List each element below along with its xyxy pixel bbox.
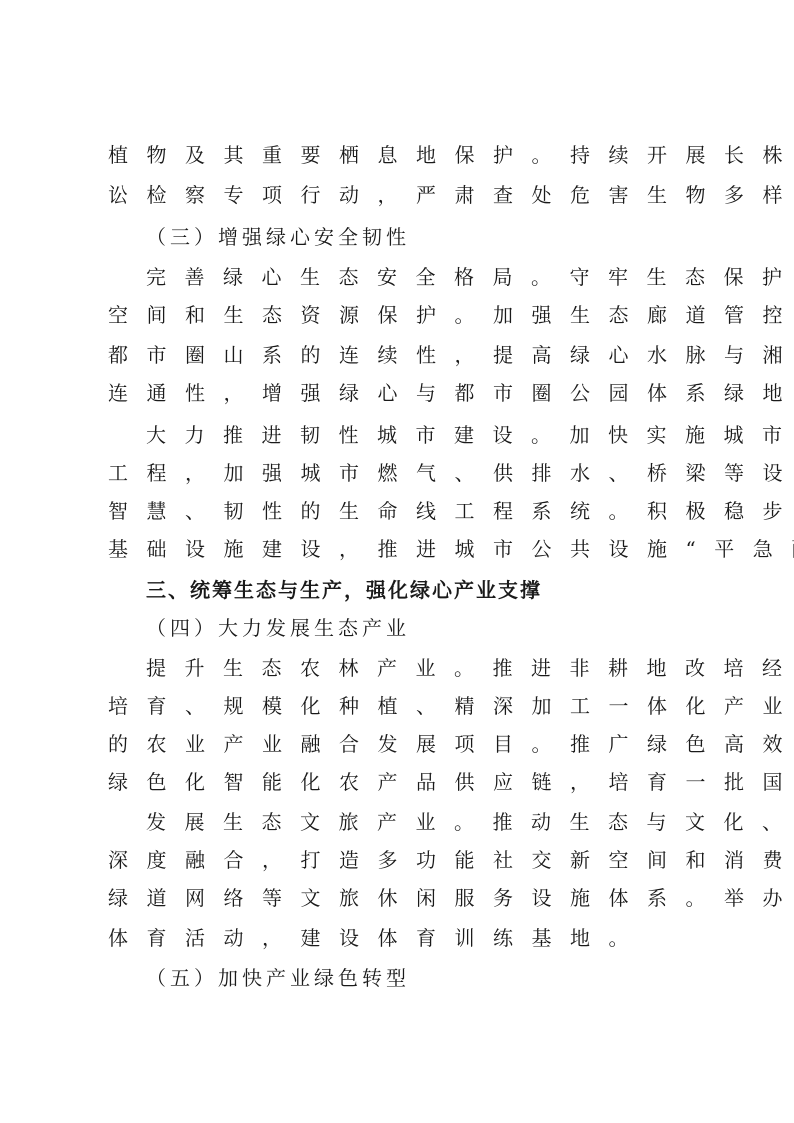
paragraph-start: 大力推进韧性城市建设。加快实施城市基础设施生命线安全	[146, 420, 794, 450]
subheading-4: （四）大力发展生态产业	[146, 613, 410, 643]
body-line: 植物及其重要栖息地保护。持续开展长株潭生态绿心保护公益诉	[108, 140, 794, 170]
body-line: 讼检察专项行动，严肃查处危害生物多样性行为。	[108, 180, 794, 210]
body-line: 绿道网络等文旅休闲服务设施体系。举办综合性体育赛事和特色	[108, 883, 794, 913]
paragraph-start: 提升生态农林产业。推进非耕地改培经济林，打造种质资源	[146, 653, 794, 683]
paragraph-start: 发展生态文旅产业。推动生态与文化、旅游、康养、体育等	[146, 807, 794, 837]
document-page: 植物及其重要栖息地保护。持续开展长株潭生态绿心保护公益诉 讼检察专项行动，严肃查…	[0, 0, 794, 1123]
body-line: 都市圈山系的连续性，提高绿心水脉与湘江、浏阳河水系廊道的	[108, 340, 794, 370]
subheading-5: （五）加快产业绿色转型	[146, 963, 410, 993]
body-line: 体育活动，建设体育训练基地。	[108, 923, 647, 953]
section-heading-3: 三、统筹生态与生产，强化绿心产业支撑	[146, 575, 542, 605]
body-line: 连通性，增强绿心与都市圈公园体系绿地系统的连接性。	[108, 378, 794, 408]
paragraph-start: 完善绿心生态安全格局。守牢生态保护红线，强化重要生态	[146, 262, 794, 292]
body-line: 智慧、韧性的生命线工程系统。积极稳步推进“平急两用”公共	[108, 496, 794, 526]
body-line: 工程，加强城市燃气、供排水、桥梁等设施安全运行监测，构建	[108, 458, 794, 488]
subheading-3: （三）增强绿心安全韧性	[146, 222, 410, 252]
body-line: 的农业产业融合发展项目。推广绿色高效种养技术和模式，打造	[108, 729, 794, 759]
body-line: 绿色化智能化农产品供应链，培育一批国家地理标志产品。	[108, 767, 794, 797]
body-line: 深度融合，打造多功能社交新空间和消费新场景。完善特色村庄、	[108, 845, 794, 875]
body-line: 培育、规模化种植、精深加工一体化产业链，建设一批符合条件	[108, 691, 794, 721]
body-line: 空间和生态资源保护。加强生态廊道管控，保持绿心青山绿廊与	[108, 300, 794, 330]
body-line: 基础设施建设，推进城市公共设施“平急两用”改造。	[108, 534, 794, 564]
